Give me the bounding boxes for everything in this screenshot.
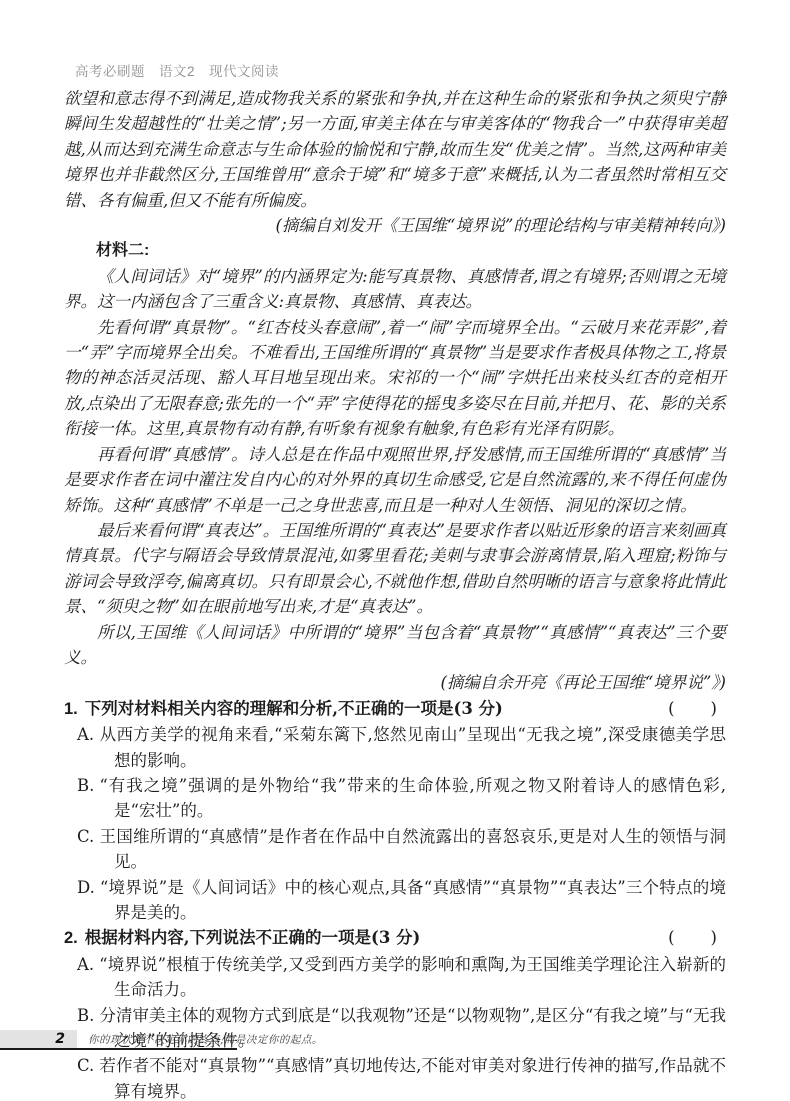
option-b-label: B.	[77, 776, 94, 795]
question-1-answer-bracket: ( )	[668, 696, 726, 721]
option-a-label: A.	[77, 955, 94, 974]
option-c-label: C.	[77, 827, 94, 846]
option-a-text: “境界说”根植于传统美学,又受到西方美学的影响和熏陶,为王国维美学理论注入崭新的…	[99, 955, 726, 999]
page: 高考必刷题 语文2 现代文阅读 欲望和意志得不到满足,造成物我关系的紧张和争执,…	[0, 0, 790, 1101]
passage-continuation-paragraph: 欲望和意志得不到满足,造成物我关系的紧张和争执,并在这种生命的紧张和争执之须臾宁…	[64, 86, 726, 213]
question-1-option-d: D.“境界说”是《人间词话》中的核心观点,具备“真感情”“真景物”“真表达”三个…	[64, 875, 726, 926]
page-content: 欲望和意志得不到满足,造成物我关系的紧张和争执,并在这种生命的紧张和争执之须臾宁…	[64, 86, 726, 1101]
material-2-paragraph: 再看何谓“真感情”。诗人总是在作品中观照世界,抒发感情,而王国维所谓的“真感情”…	[64, 442, 726, 518]
option-b-label: B.	[77, 1006, 94, 1025]
question-2: 2. 根据材料内容,下列说法不正确的一项是(3 分) ( ) A.“境界说”根植…	[64, 925, 726, 1101]
source-citation-2: (摘编自余开亮《再论王国维“境界说”》)	[64, 670, 726, 695]
page-footer: 2 你的现状并不决定你的终点,而是决定你的起点。	[0, 1030, 237, 1050]
option-b-text: “有我之境”强调的是外物给“我”带来的生命体验,所观之物又附着诗人的感情色彩,是…	[99, 776, 726, 820]
option-a-text: 从西方美学的视角来看,“采菊东篱下,悠然见南山”呈现出“无我之境”,深受康德美学…	[99, 725, 726, 769]
option-c-label: C.	[77, 1056, 94, 1075]
question-1-option-c: C.王国维所谓的“真感情”是作者在作品中自然流露出的喜怒哀乐,更是对人生的领悟与…	[64, 824, 726, 875]
page-header-title: 高考必刷题 语文2 现代文阅读	[75, 60, 279, 80]
question-2-answer-bracket: ( )	[668, 925, 726, 950]
option-d-label: D.	[77, 878, 95, 897]
question-2-stem-line: 2. 根据材料内容,下列说法不正确的一项是(3 分) ( )	[64, 925, 726, 951]
material-2-paragraph: 最后来看何谓“真表达”。王国维所谓的“真表达”是要求作者以贴近形象的语言来刻画真…	[64, 518, 726, 620]
question-1-stem: 下列对材料相关内容的理解和分析,不正确的一项是(3 分)	[85, 696, 668, 721]
material-2-paragraph: 先看何谓“真景物”。“红杏枝头春意闹”,着一“闹”字而境界全出。“云破月来花弄影…	[64, 315, 726, 442]
question-1-number: 1.	[64, 697, 78, 722]
page-number-box: 2	[0, 1030, 77, 1048]
option-c-text: 若作者不能对“真景物”“真感情”真切地传达,不能对审美对象进行传神的描写,作品就…	[99, 1056, 726, 1100]
question-2-option-a: A.“境界说”根植于传统美学,又受到西方美学的影响和熏陶,为王国维美学理论注入崭…	[64, 952, 726, 1003]
source-citation-1: (摘编自刘发开《王国维“境界说”的理论结构与审美精神转向》)	[64, 213, 726, 238]
material-2-heading: 材料二:	[64, 238, 726, 263]
footer-motto: 你的现状并不决定你的终点,而是决定你的起点。	[88, 1032, 323, 1047]
option-c-text: 王国维所谓的“真感情”是作者在作品中自然流露出的喜怒哀乐,更是对人生的领悟与洞见…	[99, 827, 726, 871]
option-a-label: A.	[77, 725, 94, 744]
question-2-option-c: C.若作者不能对“真景物”“真感情”真切地传达,不能对审美对象进行传神的描写,作…	[64, 1053, 726, 1101]
question-2-stem: 根据材料内容,下列说法不正确的一项是(3 分)	[85, 925, 668, 950]
material-2-paragraph: 《人间词话》对“境界”的内涵界定为:能写真景物、真感情者,谓之有境界;否则谓之无…	[64, 264, 726, 315]
option-d-text: “境界说”是《人间词话》中的核心观点,具备“真感情”“真景物”“真表达”三个特点…	[100, 878, 726, 922]
page-number: 2	[55, 1031, 65, 1047]
material-2-paragraph: 所以,王国维《人间词话》中所谓的“境界”当包含着“真景物”“真感情”“真表达”三…	[64, 620, 726, 671]
question-1-option-a: A.从西方美学的视角来看,“采菊东篱下,悠然见南山”呈现出“无我之境”,深受康德…	[64, 722, 726, 773]
question-1-option-b: B.“有我之境”强调的是外物给“我”带来的生命体验,所观之物又附着诗人的感情色彩…	[64, 773, 726, 824]
question-1-stem-line: 1. 下列对材料相关内容的理解和分析,不正确的一项是(3 分) ( )	[64, 696, 726, 722]
question-2-number: 2.	[64, 926, 78, 951]
question-1: 1. 下列对材料相关内容的理解和分析,不正确的一项是(3 分) ( ) A.从西…	[64, 696, 726, 926]
